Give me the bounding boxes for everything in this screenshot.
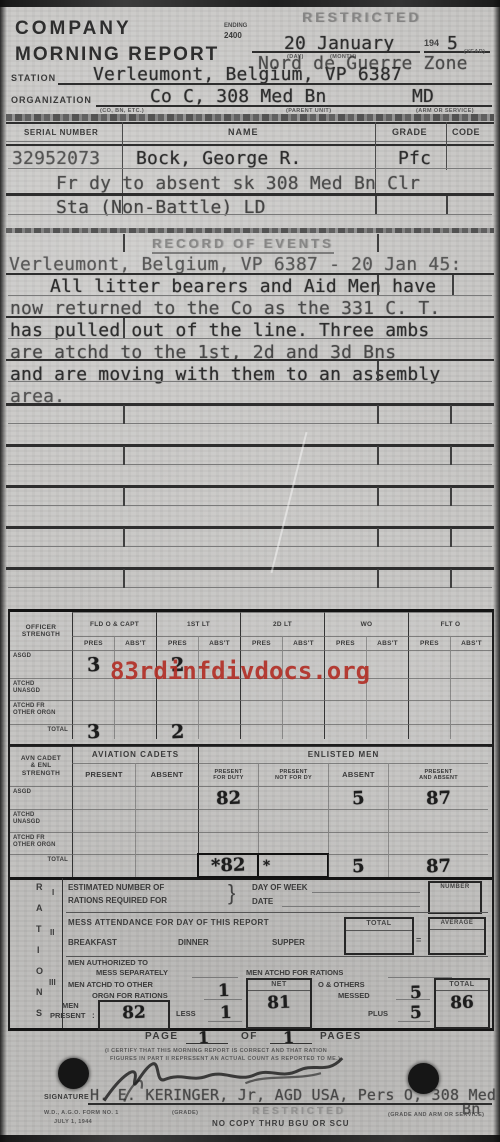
- men-present-box: 82: [98, 1000, 170, 1030]
- station-label: STATION: [11, 73, 56, 83]
- copy-stamp: NO COPY THRU BGU OR SCU: [212, 1119, 350, 1128]
- plus-label: PLUS: [368, 1009, 388, 1018]
- ending-label: ENDING: [224, 23, 247, 29]
- col-name: NAME: [228, 127, 259, 137]
- col-present-for-duty: PRESENTFOR DUTY: [198, 763, 258, 786]
- col-code: CODE: [452, 127, 480, 137]
- officer-asgd-fldo-pres: 3: [86, 653, 100, 675]
- officer-group-flto: FLT O: [408, 612, 492, 636]
- officer-group-fldo: FLD O & CAPT: [72, 612, 156, 636]
- enlisted-asgd-pfd: 82: [216, 787, 242, 809]
- restricted-stamp-bottom: RESTRICTED: [252, 1106, 346, 1117]
- officer-row-asgd: ASGD: [10, 650, 72, 678]
- officer-subcol: ABS'T: [114, 636, 156, 650]
- page-number: 1: [198, 1028, 210, 1047]
- mess-total-box: TOTAL: [344, 917, 414, 955]
- rations-total-box: TOTAL 86: [434, 978, 490, 1029]
- organization-entry: Co C, 308 Med Bn: [150, 86, 327, 107]
- enlisted-asgd-absent: 5: [352, 787, 365, 808]
- men-present-label-1: MEN: [62, 1001, 79, 1010]
- rations-numeral-2: II: [50, 928, 54, 937]
- officer-group-1lt: 1ST LT: [156, 612, 240, 636]
- net-box: NET 81: [246, 978, 312, 1029]
- less-label: LESS: [176, 1009, 196, 1018]
- watermark: 83rdinfdivdocs.org: [110, 657, 370, 685]
- average-box: AVERAGE: [428, 917, 486, 955]
- enlisted-asgd-pa: 87: [426, 787, 452, 809]
- col-en-absent: ABSENT: [328, 763, 388, 786]
- officer-subcol: ABS'T: [450, 636, 492, 650]
- men-atchd-other-label-2: ORGN FOR RATIONS: [92, 991, 168, 1000]
- number-box: NUMBER: [428, 881, 482, 914]
- enlisted-total-absent: 5: [352, 855, 365, 876]
- officer-total-1lt-pres: 2: [170, 721, 184, 743]
- officer-subcol: PRES: [72, 636, 114, 650]
- est-rations-label-2: RATIONS REQUIRED FOR: [68, 896, 167, 905]
- dinner-label: DINNER: [178, 938, 209, 947]
- restricted-stamp-top: RESTRICTED: [302, 9, 421, 25]
- brace: }: [228, 880, 235, 906]
- men-authorized-label: MEN AUTHORIZED TO: [68, 958, 148, 967]
- men-atchd-other-label-1: MEN ATCHD TO OTHER: [68, 980, 153, 989]
- entry-grade: Pfc: [398, 148, 431, 169]
- divider-band-2: [6, 228, 494, 233]
- of-label: OF: [241, 1031, 258, 1042]
- officer-subcol: PRES: [240, 636, 282, 650]
- station-entry: Verleumont, Belgium, VP 6387: [93, 64, 402, 85]
- messed-label: MESSED: [338, 991, 370, 1000]
- entry-remark-1: Fr dy to absent sk 308 Med Bn Clr: [56, 173, 420, 194]
- officer-row-total: TOTAL: [10, 724, 72, 739]
- officer-subcol: ABS'T: [366, 636, 408, 650]
- officer-corner-label: OFFICER STRENGTH: [10, 612, 72, 650]
- others-messed-value: 5: [410, 983, 423, 1003]
- officer-subcol: PRES: [156, 636, 198, 650]
- men-present-label-2: PRESENT: [50, 1011, 85, 1020]
- scan-scratch: [270, 432, 307, 573]
- group-aviation-cadets: AVIATION CADETS: [72, 746, 198, 763]
- form-title-line1: COMPANY: [15, 18, 132, 40]
- col-av-absent: ABSENT: [135, 763, 198, 786]
- organization-branch: MD: [412, 86, 434, 107]
- men-present-value: 82: [100, 1002, 169, 1024]
- day-of-week-label: DAY OF WEEK: [252, 883, 308, 892]
- est-rations-label-1: ESTIMATED NUMBER OF: [68, 883, 164, 892]
- scan-edge-bottom: [0, 1135, 500, 1142]
- col-present-not-for-dy: PRESENTNOT FOR DY: [258, 763, 328, 786]
- enlisted-total-pnfd: *: [263, 857, 271, 873]
- officer-subcol: PRES: [324, 636, 366, 650]
- scan-edge-right: [493, 0, 500, 1142]
- form-number: W.D., A.G.O. FORM NO. 1: [44, 1110, 119, 1116]
- year-prefix: 194: [424, 38, 439, 48]
- entry-serial: 32952073: [12, 148, 100, 169]
- officer-group-2lt: 2D LT: [240, 612, 324, 636]
- enlisted-total-pfd: *82: [210, 854, 245, 876]
- enlisted-row-total: TOTAL: [10, 854, 72, 877]
- rations-numeral-1: I: [52, 888, 54, 897]
- enlisted-total-pa: 87: [426, 855, 452, 877]
- officer-group-wo: WO: [324, 612, 408, 636]
- pages-total: 1: [283, 1028, 295, 1047]
- punch-hole-left: [58, 1058, 89, 1089]
- events-line-0: Verleumont, Belgium, VP 6387 - 20 Jan 45…: [9, 254, 462, 275]
- rations-total-value: 86: [436, 992, 489, 1014]
- supper-label: SUPPER: [272, 938, 305, 947]
- rations-numeral-3: III: [49, 978, 56, 987]
- men-present-colon: :: [92, 1011, 95, 1020]
- scan-edge-left: [0, 0, 7, 1142]
- enlisted-corner-label: AVN CADET& ENLSTRENGTH: [10, 746, 72, 786]
- organization-label: ORGANIZATION: [11, 95, 92, 105]
- mess-separately-label: MESS SEPARATELY: [96, 968, 168, 977]
- record-of-events-heading: RECORD OF EVENTS: [152, 236, 334, 254]
- breakfast-label: BREAKFAST: [68, 938, 117, 947]
- equals-mark: =: [416, 935, 421, 945]
- officer-subcol: ABS'T: [198, 636, 240, 650]
- mess-attendance-label: MESS ATTENDANCE FOR DAY OF THIS REPORT: [68, 918, 269, 927]
- morning-report-scan: RESTRICTED COMPANY MORNING REPORT ENDING…: [0, 0, 500, 1142]
- scan-edge-top: [0, 0, 500, 7]
- col-present-and-absent: PRESENTAND ABSENT: [388, 763, 488, 786]
- col-av-present: PRESENT: [72, 763, 135, 786]
- grade-caption: (GRADE): [172, 1110, 198, 1116]
- entry-name: Bock, George R.: [136, 148, 302, 169]
- grade-arm-caption: (GRADE AND ARM OR SERVICE): [388, 1112, 484, 1118]
- officer-row-atchd-unasgd: ATCHDUNASGD: [10, 678, 72, 700]
- form-title-line2: MORNING REPORT: [15, 44, 219, 66]
- enlisted-strength-table: AVN CADET& ENLSTRENGTH AVIATION CADETS E…: [8, 744, 494, 880]
- enlisted-row-atchd-unasgd: ATCHDUNASGD: [10, 809, 72, 832]
- net-value: 81: [248, 992, 311, 1014]
- divider-band: [6, 114, 494, 121]
- group-enlisted-men: ENLISTED MEN: [198, 746, 488, 763]
- signature-label: SIGNATURE: [44, 1094, 89, 1101]
- enlisted-row-asgd: ASGD: [10, 786, 72, 809]
- signature-typed: H. E. KERINGER, Jr, AGD USA, Pers O, 308…: [90, 1086, 496, 1104]
- o-and-others-label: O & OTHERS: [318, 980, 365, 989]
- form-date: JULY 1, 1944: [54, 1119, 92, 1125]
- enlisted-row-atchd-fr: ATCHD FROTHER ORGN: [10, 832, 72, 854]
- ending-time: 2400: [224, 31, 242, 40]
- col-serial-number: SERIAL NUMBER: [24, 128, 98, 137]
- rations-rail-r: R: [36, 882, 43, 892]
- col-grade: GRADE: [392, 127, 427, 137]
- officer-subcol: ABS'T: [282, 636, 324, 650]
- men-atchd-for-rations-label: MEN ATCHD FOR RATIONS: [246, 968, 343, 977]
- pages-label: PAGES: [320, 1031, 362, 1042]
- date-label: DATE: [252, 897, 273, 906]
- officer-subcol: PRES: [408, 636, 450, 650]
- page-label: PAGE: [145, 1031, 179, 1042]
- officer-total-fldo-pres: 3: [86, 721, 100, 743]
- officer-row-atchd-fr: ATCHD FROTHER ORGN: [10, 700, 72, 724]
